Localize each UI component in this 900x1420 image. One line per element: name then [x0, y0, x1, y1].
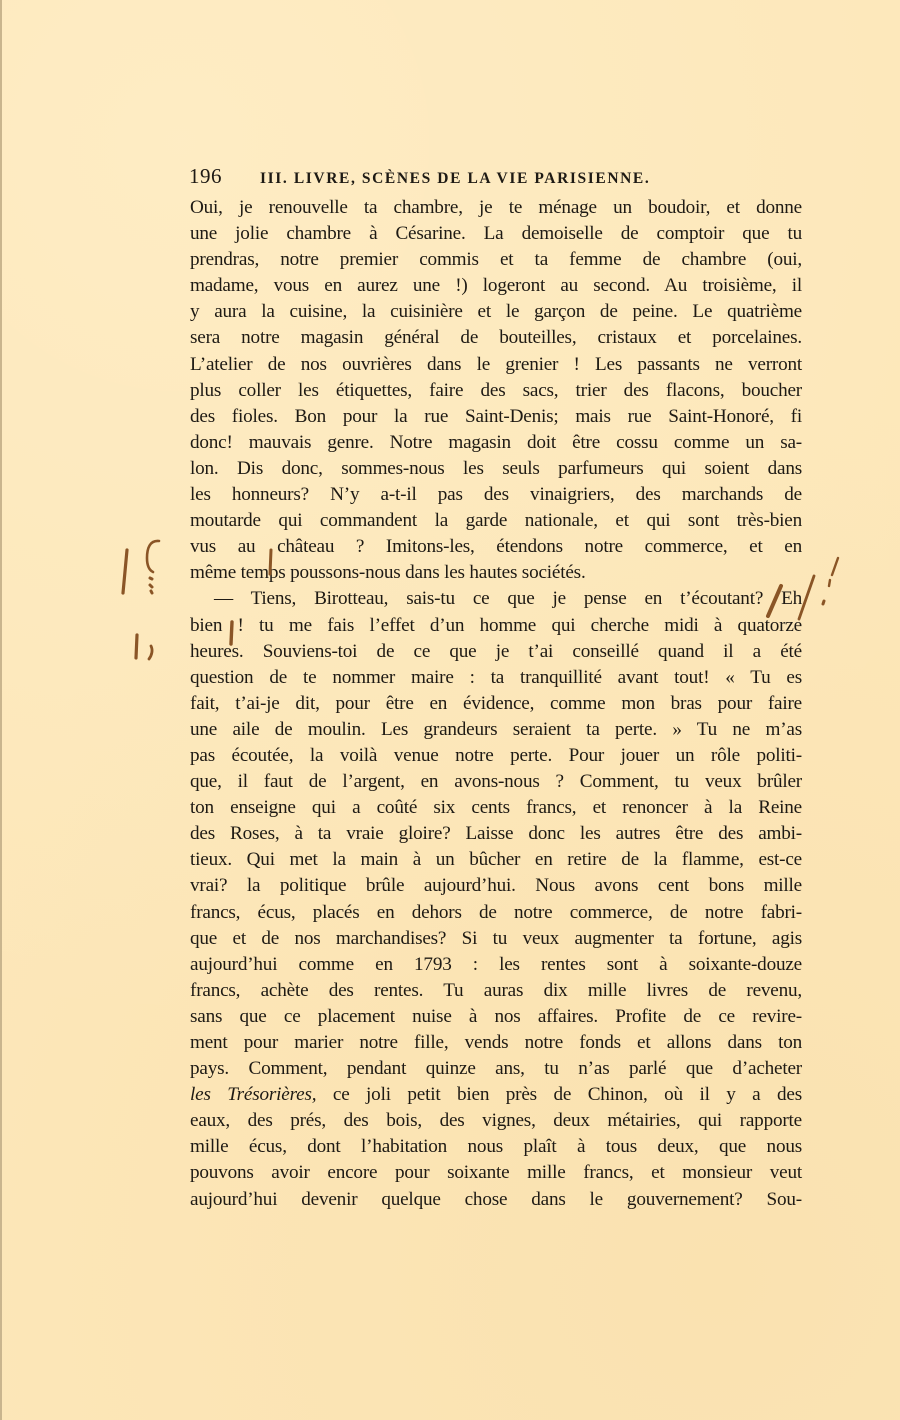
text-line: tieux. Qui met la main à un bûcher en re…: [190, 847, 802, 873]
running-head: 196 III. LIVRE, SCÈNES DE LA VIE PARISIE…: [189, 164, 801, 192]
text-line: question de te nommer maire : ta tranqui…: [190, 665, 802, 691]
italic-title: les Trésorières,: [190, 1084, 316, 1105]
right-margin-proof-marks: [760, 540, 900, 640]
text-line: fait, t’ai-je dit, pour être en évidence…: [190, 691, 802, 717]
text-line: une aile de moulin. Les grandeurs seraie…: [190, 717, 802, 743]
text-line: madame, vous en aurez une !) logeront au…: [190, 273, 802, 299]
text-line: pays. Comment, pendant quinze ans, tu n’…: [190, 1056, 802, 1082]
inline-exclamation-mark: [226, 620, 238, 650]
text-line: que, il faut de l’argent, en avons-nous …: [190, 769, 802, 795]
text-line: sera notre magasin général de bouteilles…: [190, 325, 802, 351]
text-line: même temps poussons-nous dans les hautes…: [190, 560, 802, 586]
text-line: y aura la cuisine, la cuisinière et le g…: [190, 299, 802, 325]
text-line: ton enseigne qui a coûté six cents franc…: [190, 795, 802, 821]
text-line: eaux, des prés, des bois, des vignes, de…: [190, 1108, 802, 1134]
text-line: vrai? la politique brûle aujourd’hui. No…: [190, 873, 802, 899]
text-line: aujourd’hui comme en 1793 : les rentes s…: [190, 952, 802, 978]
text-line: moutarde qui commandent la garde nationa…: [190, 508, 802, 534]
inline-caret-mark: [265, 548, 277, 578]
body-text: Oui, je renouvelle ta chambre, je te mén…: [190, 195, 802, 1213]
text-line: mille écus, dont l’habitation nous plaît…: [190, 1134, 802, 1160]
text-line: — Tiens, Birotteau, sais-tu ce que je pe…: [190, 586, 802, 612]
text-line: heures. Souviens-toi de ce que je t’ai c…: [190, 639, 802, 665]
left-margin-proof-marks: [110, 530, 190, 680]
text-line: francs, écus, placés en dehors de notre …: [190, 900, 802, 926]
page-edge: [0, 0, 2, 1420]
text-line: les honneurs? N’y a-t-il pas des vinaigr…: [190, 482, 802, 508]
page-number: 196: [189, 164, 222, 189]
text-line: pas écoutée, la voilà venue notre perte.…: [190, 743, 802, 769]
text-line-rest: ce joli petit bien près de Chinon, où il…: [316, 1084, 802, 1105]
text-line: lon. Dis donc, sommes-nous les seuls par…: [190, 456, 802, 482]
text-line: sans que ce placement nuise à nos affair…: [190, 1004, 802, 1030]
text-line: des Roses, à ta vraie gloire? Laisse don…: [190, 821, 802, 847]
text-line: les Trésorières, ce joli petit bien près…: [190, 1082, 802, 1108]
text-line: plus coller les étiquettes, faire des sa…: [190, 378, 802, 404]
text-line: vus au château ? Imitons-les, étendons n…: [190, 534, 802, 560]
text-line: donc! mauvais genre. Notre magasin doit …: [190, 430, 802, 456]
text-line: prendras, notre premier commis et ta fem…: [190, 247, 802, 273]
text-line: bien ! tu me fais l’effet d’un homme qui…: [190, 613, 802, 639]
text-line: que et de nos marchandises? Si tu veux a…: [190, 926, 802, 952]
text-line: ment pour marier notre fille, vends notr…: [190, 1030, 802, 1056]
text-line: L’atelier de nos ouvrières dans le greni…: [190, 352, 802, 378]
text-line: aujourd’hui devenir quelque chose dans l…: [190, 1187, 802, 1213]
text-line: francs, achète des rentes. Tu auras dix …: [190, 978, 802, 1004]
text-line: Oui, je renouvelle ta chambre, je te mén…: [190, 195, 802, 221]
book-page: 196 III. LIVRE, SCÈNES DE LA VIE PARISIE…: [0, 0, 900, 1420]
text-line: des fioles. Bon pour la rue Saint-Denis;…: [190, 404, 802, 430]
text-line: une jolie chambre à Césarine. La demoise…: [190, 221, 802, 247]
text-line: pouvons avoir encore pour soixante mille…: [190, 1160, 802, 1186]
running-title: III. LIVRE, SCÈNES DE LA VIE PARISIENNE.: [260, 170, 650, 188]
